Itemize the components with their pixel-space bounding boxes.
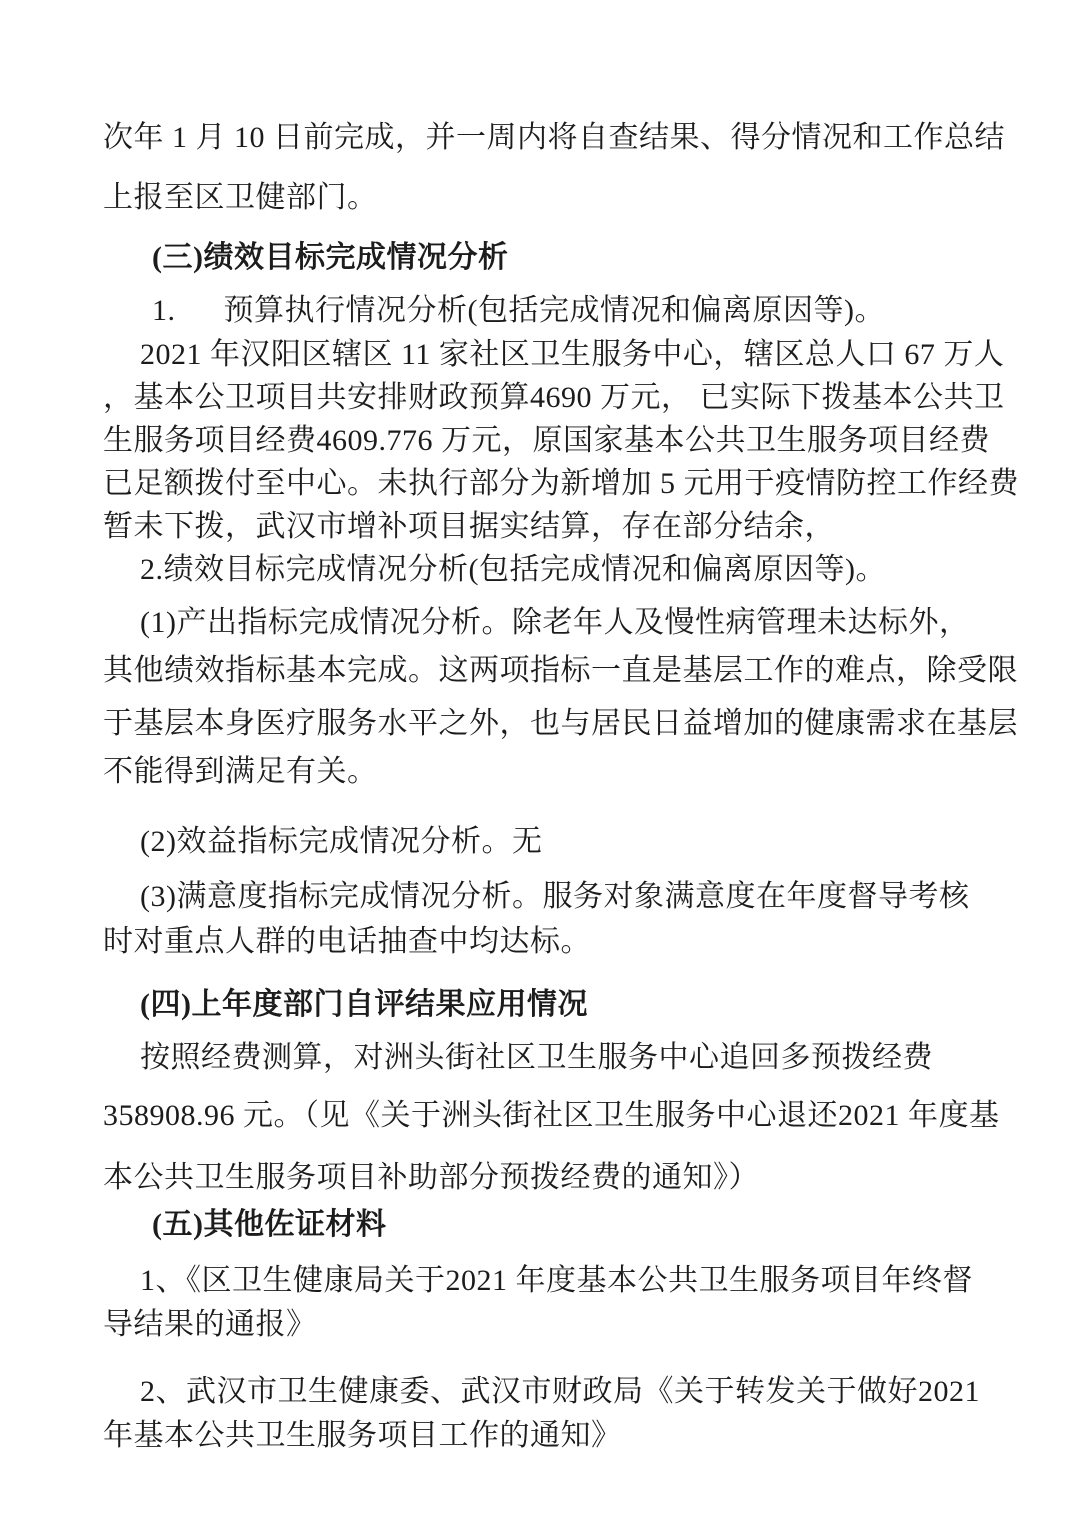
text-line: 上报至区卫健部门。: [103, 180, 378, 216]
text-line: ，基本公卫项目共安排财政预算4690 万元， 已实际下拨基本公共卫: [103, 380, 983, 416]
text-line: 生服务项目经费4609.776 万元，原国家基本公共卫生服务项目经费: [103, 423, 983, 459]
section-heading-3: (三)绩效目标完成情况分析: [152, 240, 508, 276]
sub-item-2: (2)效益指标完成情况分析。无: [140, 824, 542, 860]
text-line: 于基层本身医疗服务水平之外，也与居民日益增加的健康需求在基层: [103, 706, 983, 742]
text-line: 次年 1 月 10 日前完成，并一周内将自查结果、得分情况和工作总结: [103, 120, 983, 156]
list-item-2: 2.绩效目标完成情况分析(包括完成情况和偏离原因等)。: [140, 552, 886, 588]
text-line: 本公共卫生服务项目补助部分预拨经费的通知》）: [103, 1160, 759, 1196]
text-line: 其他绩效指标基本完成。这两项指标一直是基层工作的难点，除受限: [103, 653, 983, 689]
text-line: 358908.96 元。（见《关于洲头街社区卫生服务中心退还2021 年度基: [103, 1098, 983, 1134]
reference-item-1: 1、《区卫生健康局关于2021 年度基本公共卫生服务项目年终督: [140, 1263, 973, 1299]
document-page: 次年 1 月 10 日前完成，并一周内将自查结果、得分情况和工作总结 上报至区卫…: [0, 0, 1074, 1518]
text-line: 暂未下拨，武汉市增补项目据实结算，存在部分结余，: [103, 509, 835, 545]
text-line: 年基本公共卫生服务项目工作的通知》: [103, 1418, 622, 1454]
text-line: 不能得到满足有关。: [103, 754, 378, 790]
text-line: 2021 年汉阳区辖区 11 家社区卫生服务中心，辖区总人口 67 万人: [140, 337, 1004, 373]
sub-item-1: (1)产出指标完成情况分析。除老年人及慢性病管理未达标外，: [140, 605, 969, 641]
list-item-1: 1. 预算执行情况分析(包括完成情况和偏离原因等)。: [152, 293, 885, 329]
text-line: 已足额拨付至中心。未执行部分为新增加 5 元用于疫情防控工作经费: [103, 466, 983, 502]
text-line: 导结果的通报》: [103, 1307, 317, 1343]
section-heading-4: (四)上年度部门自评结果应用情况: [140, 987, 588, 1023]
reference-item-2: 2、武汉市卫生健康委、武汉市财政局《关于转发关于做好2021: [140, 1374, 980, 1410]
sub-item-3: (3)满意度指标完成情况分析。服务对象满意度在年度督导考核: [140, 879, 969, 915]
text-line: 按照经费测算，对洲头街社区卫生服务中心追回多预拨经费: [140, 1040, 933, 1076]
section-heading-5: (五)其他佐证材料: [152, 1207, 386, 1243]
text-line: 时对重点人群的电话抽查中均达标。: [103, 924, 591, 960]
